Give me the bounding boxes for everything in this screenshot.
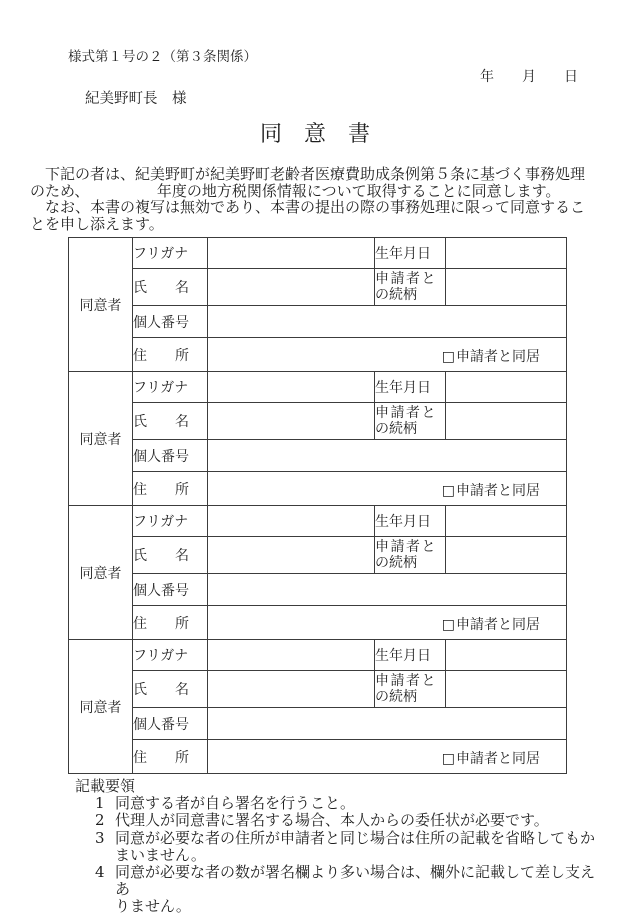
body-line: とを申し添えます。 — [30, 216, 602, 233]
cohabit-label: 申請者と同居 — [456, 617, 540, 633]
furigana-input-cell[interactable] — [208, 238, 375, 269]
document-page: 様式第１号の２（第３条関係） 年 月 日 紀美野町長 様 同 意 書 下記の者は… — [0, 0, 630, 915]
birthdate-label: 生年月日 — [375, 372, 446, 403]
birthdate-input-cell[interactable] — [446, 372, 567, 403]
note-line: りません。 — [115, 898, 602, 915]
cohabit-checkbox[interactable]: □申請者と同居 — [442, 611, 566, 634]
relation-label-line1: 申請者と — [375, 405, 445, 421]
body-line: のため、 年度の地方税関係情報について取得することに同意します。 — [30, 183, 602, 200]
note-number: 3 — [95, 830, 115, 864]
cohabit-checkbox[interactable]: □申請者と同居 — [442, 343, 566, 366]
page-title: 同 意 書 — [0, 120, 630, 150]
personal-number-label: 個人番号 — [133, 306, 208, 338]
note-item: 2 代理人が同意書に署名する場合、本人からの委任状が必要です。 — [75, 812, 630, 829]
birthdate-input-cell[interactable] — [446, 640, 567, 671]
note-text: 同意が必要な者の住所が申請者と同じ場合は住所の記載を省略してもか まいません。 — [115, 830, 602, 864]
address-input-cell[interactable]: □申請者と同居 — [208, 338, 567, 372]
furigana-input-cell[interactable] — [208, 506, 375, 537]
birthdate-input-cell[interactable] — [446, 238, 567, 269]
birthdate-label: 生年月日 — [375, 238, 446, 269]
note-number: 4 — [95, 864, 115, 915]
relation-label-line2: の続柄 — [375, 421, 445, 437]
notes-section: 記載要領 1 同意する者が自ら署名を行うこと。 2 代理人が同意書に署名する場合… — [75, 778, 630, 915]
furigana-input-cell[interactable] — [208, 372, 375, 403]
name-input-cell[interactable] — [208, 403, 375, 440]
note-text: 代理人が同意書に署名する場合、本人からの委任状が必要です。 — [115, 812, 602, 829]
body-line-prefix: のため、 — [30, 182, 82, 200]
personal-number-input-cell[interactable] — [208, 574, 567, 606]
address-label: 住 所 — [133, 740, 208, 774]
address-input-cell[interactable]: □申請者と同居 — [208, 740, 567, 774]
note-line: 同意する者が自ら署名を行うこと。 — [115, 795, 602, 812]
personal-number-label: 個人番号 — [133, 440, 208, 472]
relation-input-cell[interactable] — [446, 403, 567, 440]
consenter-header-cell: 同意者 — [69, 640, 133, 774]
checkbox-icon: □ — [442, 751, 455, 767]
furigana-label: フリガナ — [133, 640, 208, 671]
personal-number-label: 個人番号 — [133, 574, 208, 606]
address-label: 住 所 — [133, 338, 208, 372]
cohabit-checkbox[interactable]: □申請者と同居 — [442, 477, 566, 500]
relation-label: 申請者と の続柄 — [375, 403, 446, 440]
relation-input-cell[interactable] — [446, 269, 567, 306]
relation-label: 申請者と の続柄 — [375, 537, 446, 574]
relation-label-line1: 申請者と — [375, 539, 445, 555]
address-input-cell[interactable]: □申請者と同居 — [208, 606, 567, 640]
name-label: 氏 名 — [133, 403, 208, 440]
date-line: 年 月 日 — [0, 69, 578, 85]
note-number: 2 — [95, 812, 115, 829]
note-line: 同意が必要な者の住所が申請者と同じ場合は住所の記載を省略してもか — [115, 830, 602, 847]
name-label: 氏 名 — [133, 671, 208, 708]
name-input-cell[interactable] — [208, 269, 375, 306]
relation-label-line1: 申請者と — [375, 271, 445, 287]
birthdate-label: 生年月日 — [375, 640, 446, 671]
personal-number-label: 個人番号 — [133, 708, 208, 740]
name-label: 氏 名 — [133, 269, 208, 306]
relation-input-cell[interactable] — [446, 537, 567, 574]
relation-label-line2: の続柄 — [375, 689, 445, 705]
body-line-suffix: 年度の地方税関係情報について取得することに同意します。 — [157, 182, 561, 200]
furigana-label: フリガナ — [133, 238, 208, 269]
body-line: なお、本書の複写は無効であり、本書の提出の際の事務処理に限って同意するこ — [30, 199, 602, 216]
address-label: 住 所 — [133, 606, 208, 640]
personal-number-input-cell[interactable] — [208, 708, 567, 740]
cohabit-label: 申請者と同居 — [456, 483, 540, 499]
body-paragraphs: 下記の者は、紀美野町が紀美野町老齢者医療費助成条例第５条に基づく事務処理 のため… — [30, 166, 602, 232]
note-item: 3 同意が必要な者の住所が申請者と同じ場合は住所の記載を省略してもか まいません… — [75, 830, 630, 864]
form-number: 様式第１号の２（第３条関係） — [68, 0, 630, 65]
personal-number-input-cell[interactable] — [208, 440, 567, 472]
consenter-header-cell: 同意者 — [69, 238, 133, 372]
consent-block: 同意者 フリガナ 生年月日 氏 名 申請者と の続柄 個人番号 住 — [69, 506, 567, 640]
cohabit-label: 申請者と同居 — [456, 751, 540, 767]
name-input-cell[interactable] — [208, 671, 375, 708]
furigana-label: フリガナ — [133, 506, 208, 537]
consent-block: 同意者 フリガナ 生年月日 氏 名 申請者と の続柄 個人番号 住 — [69, 238, 567, 372]
consenter-header-cell: 同意者 — [69, 506, 133, 640]
relation-label-line2: の続柄 — [375, 555, 445, 571]
addressee: 紀美野町長 様 — [85, 91, 630, 107]
furigana-input-cell[interactable] — [208, 640, 375, 671]
note-line: 同意が必要な者の数が署名欄より多い場合は、欄外に記載して差し支えあ — [115, 864, 602, 898]
consenter-header-cell: 同意者 — [69, 372, 133, 506]
address-label: 住 所 — [133, 472, 208, 506]
consent-table: 同意者 フリガナ 生年月日 氏 名 申請者と の続柄 個人番号 住 — [68, 237, 567, 774]
note-line: まいません。 — [115, 847, 602, 864]
note-number: 1 — [95, 795, 115, 812]
notes-heading: 記載要領 — [75, 778, 630, 795]
fiscal-year-blank[interactable] — [82, 182, 157, 200]
checkbox-icon: □ — [442, 483, 455, 499]
name-input-cell[interactable] — [208, 537, 375, 574]
consent-block: 同意者 フリガナ 生年月日 氏 名 申請者と の続柄 個人番号 住 — [69, 372, 567, 506]
relation-label: 申請者と の続柄 — [375, 671, 446, 708]
furigana-label: フリガナ — [133, 372, 208, 403]
consent-block: 同意者 フリガナ 生年月日 氏 名 申請者と の続柄 個人番号 住 — [69, 640, 567, 774]
relation-label: 申請者と の続柄 — [375, 269, 446, 306]
name-label: 氏 名 — [133, 537, 208, 574]
note-item: 1 同意する者が自ら署名を行うこと。 — [75, 795, 630, 812]
note-line: 代理人が同意書に署名する場合、本人からの委任状が必要です。 — [115, 812, 602, 829]
birthdate-label: 生年月日 — [375, 506, 446, 537]
relation-label-line1: 申請者と — [375, 673, 445, 689]
relation-label-line2: の続柄 — [375, 287, 445, 303]
cohabit-label: 申請者と同居 — [456, 349, 540, 365]
checkbox-icon: □ — [442, 617, 455, 633]
personal-number-input-cell[interactable] — [208, 306, 567, 338]
body-line: 下記の者は、紀美野町が紀美野町老齢者医療費助成条例第５条に基づく事務処理 — [30, 166, 602, 183]
note-text: 同意が必要な者の数が署名欄より多い場合は、欄外に記載して差し支えあ りません。 — [115, 864, 602, 915]
relation-input-cell[interactable] — [446, 671, 567, 708]
address-input-cell[interactable]: □申請者と同居 — [208, 472, 567, 506]
birthdate-input-cell[interactable] — [446, 506, 567, 537]
note-item: 4 同意が必要な者の数が署名欄より多い場合は、欄外に記載して差し支えあ りません… — [75, 864, 630, 915]
cohabit-checkbox[interactable]: □申請者と同居 — [442, 745, 566, 768]
checkbox-icon: □ — [442, 349, 455, 365]
note-text: 同意する者が自ら署名を行うこと。 — [115, 795, 602, 812]
